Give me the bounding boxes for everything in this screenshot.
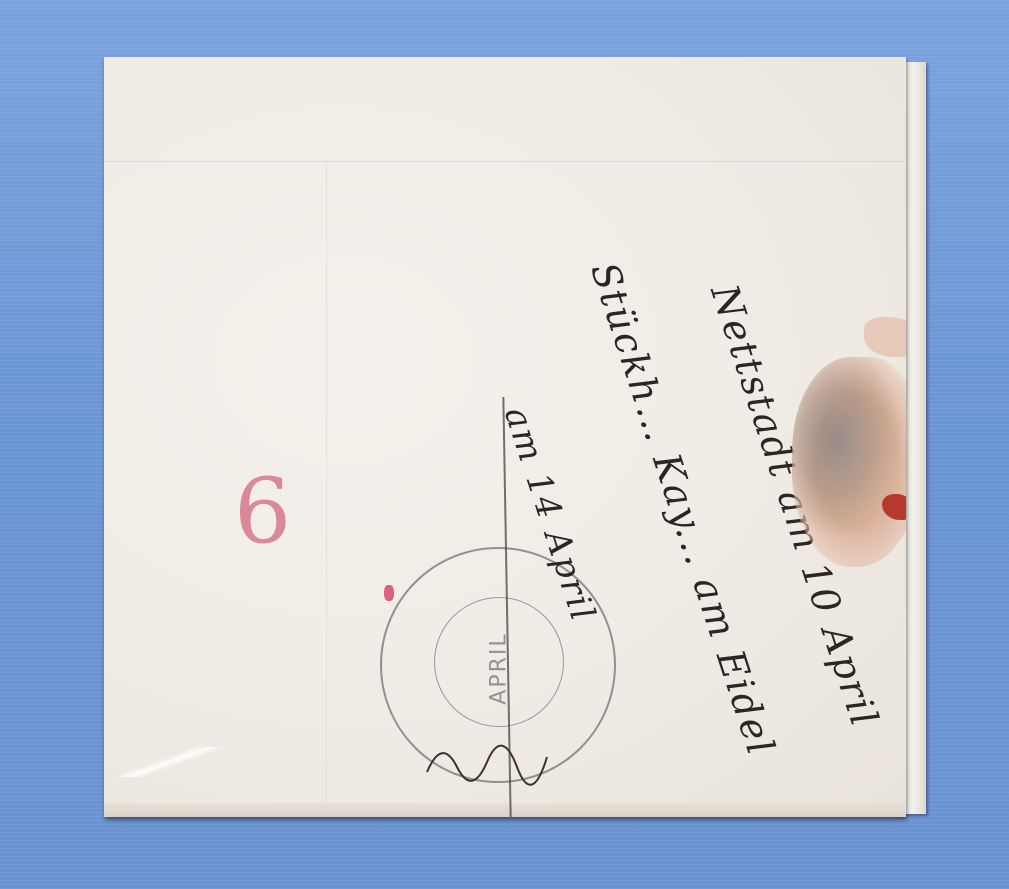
red-crayon-rate-mark: 6 (234, 467, 344, 617)
red-ink-dot (384, 585, 394, 601)
paper-crease (104, 747, 244, 777)
horizontal-fold (104, 161, 906, 163)
wax-seal-remnant (792, 357, 906, 567)
folded-letter: 6 APRIL Nettstadt am 10 April Stückh… Ka… (104, 57, 906, 817)
signature-flourish (422, 717, 552, 787)
bottom-edge (104, 803, 906, 817)
torn-paper-under-seal (864, 317, 906, 357)
postmark-inner-ring: APRIL (434, 597, 564, 727)
